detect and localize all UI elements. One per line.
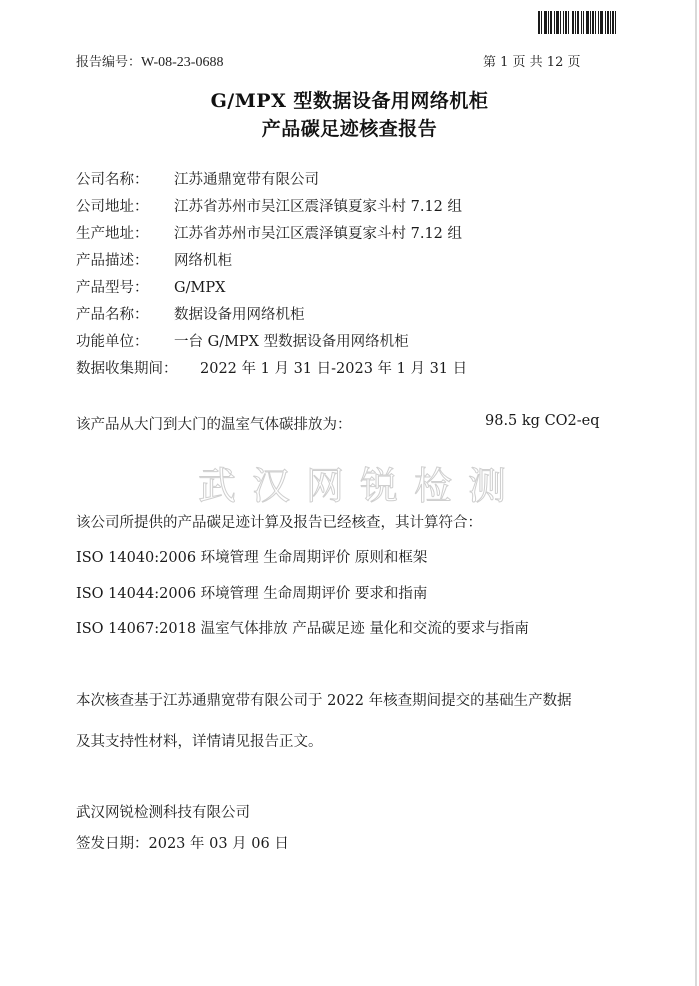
standard-iso-14044: ISO 14044:2006 环境管理 生命周期评价 要求和指南: [76, 582, 427, 603]
field-value: 江苏省苏州市吴江区震泽镇夏家斗村 7.12 组: [174, 224, 462, 244]
field-value: 江苏省苏州市吴江区震泽镇夏家斗村 7.12 组: [174, 197, 462, 217]
field-label: 产品名称：: [76, 305, 149, 325]
issue-date-value: 2023 年 03 月 06 日: [149, 836, 289, 852]
issuer-company: 武汉网锐检测科技有限公司: [76, 801, 250, 822]
page-edge: [695, 0, 697, 986]
standard-iso-14067: ISO 14067:2018 温室气体排放 产品碳足迹 量化和交流的要求与指南: [76, 617, 529, 638]
emission-label: 该产品从大门到大门的温室气体碳排放为：: [76, 413, 352, 434]
field-value: 江苏通鼎宽带有限公司: [174, 170, 319, 190]
standard-iso-14040: ISO 14040:2006 环境管理 生命周期评价 原则和框架: [76, 546, 427, 567]
watermark-text: 武汉网锐检测: [198, 455, 522, 510]
report-number: 报告编号：W-08-23-0688: [76, 51, 223, 71]
basis-line-2: 及其支持性材料，详情请见报告正文。: [76, 730, 323, 751]
title-line-1: G/MPX 型数据设备用网络机柜: [0, 86, 699, 113]
field-value: 一台 G/MPX 型数据设备用网络机柜: [174, 332, 409, 352]
emission-value: 98.5 kg CO2-eq: [485, 413, 600, 429]
report-number-value: W-08-23-0688: [141, 55, 223, 70]
basis-line-1: 本次核查基于江苏通鼎宽带有限公司于 2022 年核查期间提交的基础生产数据: [76, 689, 572, 710]
field-label: 公司地址：: [76, 197, 149, 217]
page-info: 第 1 页 共 12 页: [483, 51, 580, 70]
barcode: [538, 11, 684, 34]
field-value: 2022 年 1 月 31 日-2023 年 1 月 31 日: [200, 359, 467, 379]
field-label: 生产地址：: [76, 224, 149, 244]
field-label: 公司名称：: [76, 170, 149, 190]
report-number-label: 报告编号：: [76, 55, 141, 70]
verification-intro: 该公司所提供的产品碳足迹计算及报告已经核查，其计算符合：: [76, 511, 482, 532]
title-line-2: 产品碳足迹核查报告: [0, 114, 699, 141]
field-label: 数据收集期间：: [76, 359, 178, 379]
issue-date: 签发日期：2023 年 03 月 06 日: [76, 832, 289, 853]
issue-date-label: 签发日期：: [76, 836, 149, 852]
field-value: G/MPX: [174, 278, 225, 298]
field-value: 网络机柜: [174, 251, 232, 271]
field-label: 产品描述：: [76, 251, 149, 271]
field-value: 数据设备用网络机柜: [174, 305, 305, 325]
field-label: 功能单位：: [76, 332, 149, 352]
field-label: 产品型号：: [76, 278, 149, 298]
